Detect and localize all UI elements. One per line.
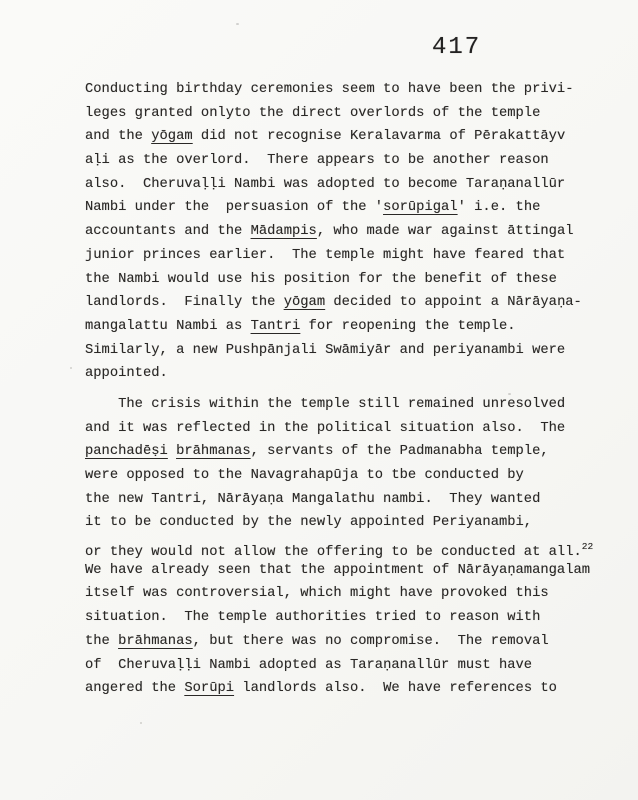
text-line: The crisis within the temple still remai…: [85, 393, 615, 417]
text-line: it to be conducted by the newly appointe…: [85, 511, 615, 535]
underlined-term: brāhmanas: [176, 444, 251, 459]
text-line: the brāhmanas, but there was no compromi…: [85, 630, 615, 654]
text-line: angered the Sorūpi landlords also. We ha…: [85, 677, 615, 701]
underlined-term: yōgam: [284, 295, 325, 310]
text-line: the Nambi would use his position for the…: [85, 268, 615, 292]
paragraph: The crisis within the temple still remai…: [85, 393, 615, 701]
text-line: appointed.: [85, 362, 615, 386]
text-line: landlords. Finally the yōgam decided to …: [85, 291, 615, 315]
text-line: Similarly, a new Pushpānjali Swāmiyār an…: [85, 339, 615, 363]
paragraph: Conducting birthday ceremonies seem to h…: [85, 78, 615, 386]
text-line: Nambi under the persuasion of the 'sorūp…: [85, 196, 615, 220]
underlined-term: Mādampis: [251, 224, 317, 239]
text-line: were opposed to the Navagrahapūja to tbe…: [85, 464, 615, 488]
scan-speck: [140, 722, 142, 724]
text-line: We have already seen that the appointmen…: [85, 559, 615, 583]
text-line: and the yōgam did not recognise Keralava…: [85, 125, 615, 149]
footnote-reference: 22: [582, 541, 593, 552]
text-body: Conducting birthday ceremonies seem to h…: [85, 78, 615, 701]
text-line: also. Cheruvaḷḷi Nambi was adopted to be…: [85, 173, 615, 197]
text-line: situation. The temple authorities tried …: [85, 606, 615, 630]
underlined-term: brāhmanas: [118, 634, 193, 649]
scan-speck: [70, 367, 72, 369]
underlined-term: yōgam: [151, 129, 192, 144]
scan-speck: [236, 23, 239, 25]
text-line: Conducting birthday ceremonies seem to h…: [85, 78, 615, 102]
text-line: of Cheruvaḷḷi Nambi adopted as Taraṇanal…: [85, 654, 615, 678]
underlined-term: panchadēṣi: [85, 444, 168, 459]
text-line: the new Tantri, Nārāyaṇa Mangalathu namb…: [85, 488, 615, 512]
text-line: mangalattu Nambi as Tantri for reopening…: [85, 315, 615, 339]
text-line: and it was reflected in the political si…: [85, 417, 615, 441]
text-line: or they would not allow the offering to …: [85, 535, 615, 559]
text-line: leges granted onlyto the direct overlord…: [85, 102, 615, 126]
underlined-term: Sorūpi: [184, 681, 234, 696]
scanned-document-page: 417 Conducting birthday ceremonies seem …: [0, 0, 638, 800]
page-number: 417: [432, 34, 481, 61]
text-line: panchadēṣi brāhmanas, servants of the Pa…: [85, 440, 615, 464]
text-line: itself was controversial, which might ha…: [85, 582, 615, 606]
underlined-term: sorūpigal: [383, 200, 458, 215]
text-line: accountants and the Mādampis, who made w…: [85, 220, 615, 244]
text-line: junior princes earlier. The temple might…: [85, 244, 615, 268]
text-line: aḷi as the overlord. There appears to be…: [85, 149, 615, 173]
underlined-term: Tantri: [251, 319, 301, 334]
